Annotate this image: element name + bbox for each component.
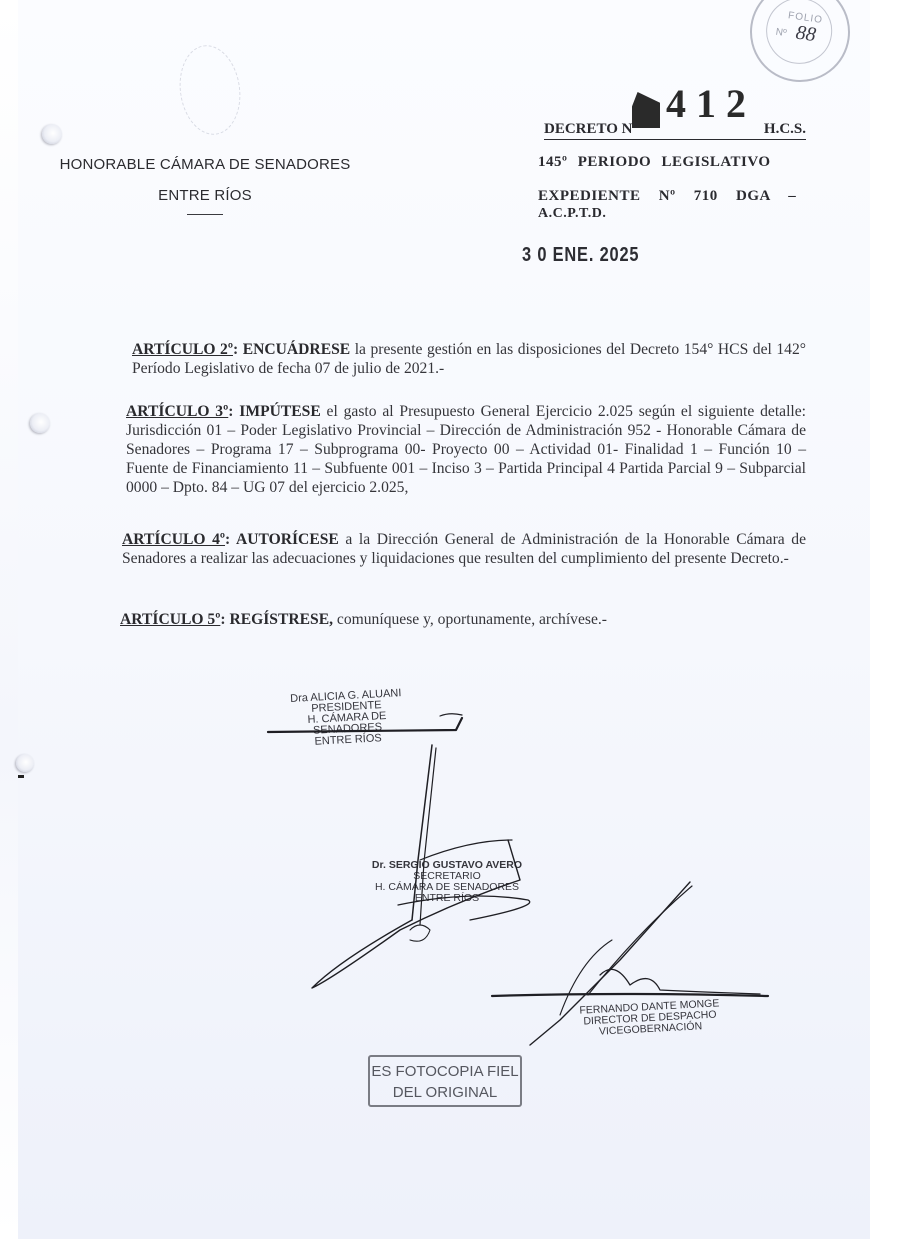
- punch-hole-icon: [42, 124, 62, 144]
- institution-province: ENTRE RÍOS: [40, 187, 370, 204]
- article-2: ARTÍCULO 2º: ENCUÁDRESE la presente gest…: [132, 340, 806, 378]
- article-3: ARTÍCULO 3º: IMPÚTESE el gasto al Presup…: [126, 402, 806, 497]
- decree-label: DECRETO N°: [544, 121, 639, 138]
- punch-hole-icon: [16, 754, 34, 772]
- folio-number-prefix: Nº: [775, 27, 787, 39]
- page-edge: [0, 0, 18, 1239]
- article-5: ARTÍCULO 5º: REGÍSTRESE, comuníquese y, …: [120, 610, 804, 629]
- signature-block-president: Dra ALICIA G. ALUANI PRESIDENTE H. CÁMAR…: [271, 687, 424, 750]
- copy-stamp-line2: DEL ORIGINAL: [370, 1082, 520, 1103]
- article-label: ARTÍCULO 4º: [122, 531, 225, 548]
- article-label: ARTÍCULO 5º: [120, 611, 220, 628]
- article-verb: REGÍSTRESE,: [229, 611, 333, 628]
- article-verb: ENCUÁDRESE: [243, 341, 350, 358]
- folio-number: 88: [794, 22, 817, 48]
- article-verb: IMPÚTESE: [239, 403, 320, 420]
- date-stamp: 3 0 ENE. 2025: [522, 244, 639, 267]
- article-4: ARTÍCULO 4º: AUTORÍCESE a la Dirección G…: [122, 530, 806, 568]
- ink-mark: [18, 775, 24, 778]
- punch-hole-icon: [30, 413, 50, 433]
- legislative-period: 145º PERIODO LEGISLATIVO: [538, 154, 771, 171]
- article-label: ARTÍCULO 2º: [132, 341, 233, 358]
- divider: [187, 214, 223, 215]
- expediente-line1: EXPEDIENTE Nº 710 DGA –: [538, 188, 808, 205]
- article-verb: AUTORÍCESE: [236, 531, 339, 548]
- signatory-place: ENTRE RÍOS: [362, 893, 532, 904]
- article-label: ARTÍCULO 3º: [126, 403, 228, 420]
- institution-name: HONORABLE CÁMARA DE SENADORES: [40, 156, 370, 173]
- signature-block-secretary: Dr. SERGIO GUSTAVO AVERO SECRETARIO H. C…: [362, 860, 532, 904]
- article-text: comuníquese y, oportunamente, archívese.…: [333, 611, 607, 628]
- expediente-line2: A.C.P.T.D.: [538, 206, 606, 222]
- copy-stamp-line1: ES FOTOCOPIA FIEL: [370, 1061, 520, 1082]
- decree-suffix: H.C.S.: [764, 121, 806, 138]
- certified-copy-stamp: ES FOTOCOPIA FIEL DEL ORIGINAL: [368, 1055, 522, 1107]
- decree-title-line: DECRETO N° H.C.S.: [544, 120, 806, 140]
